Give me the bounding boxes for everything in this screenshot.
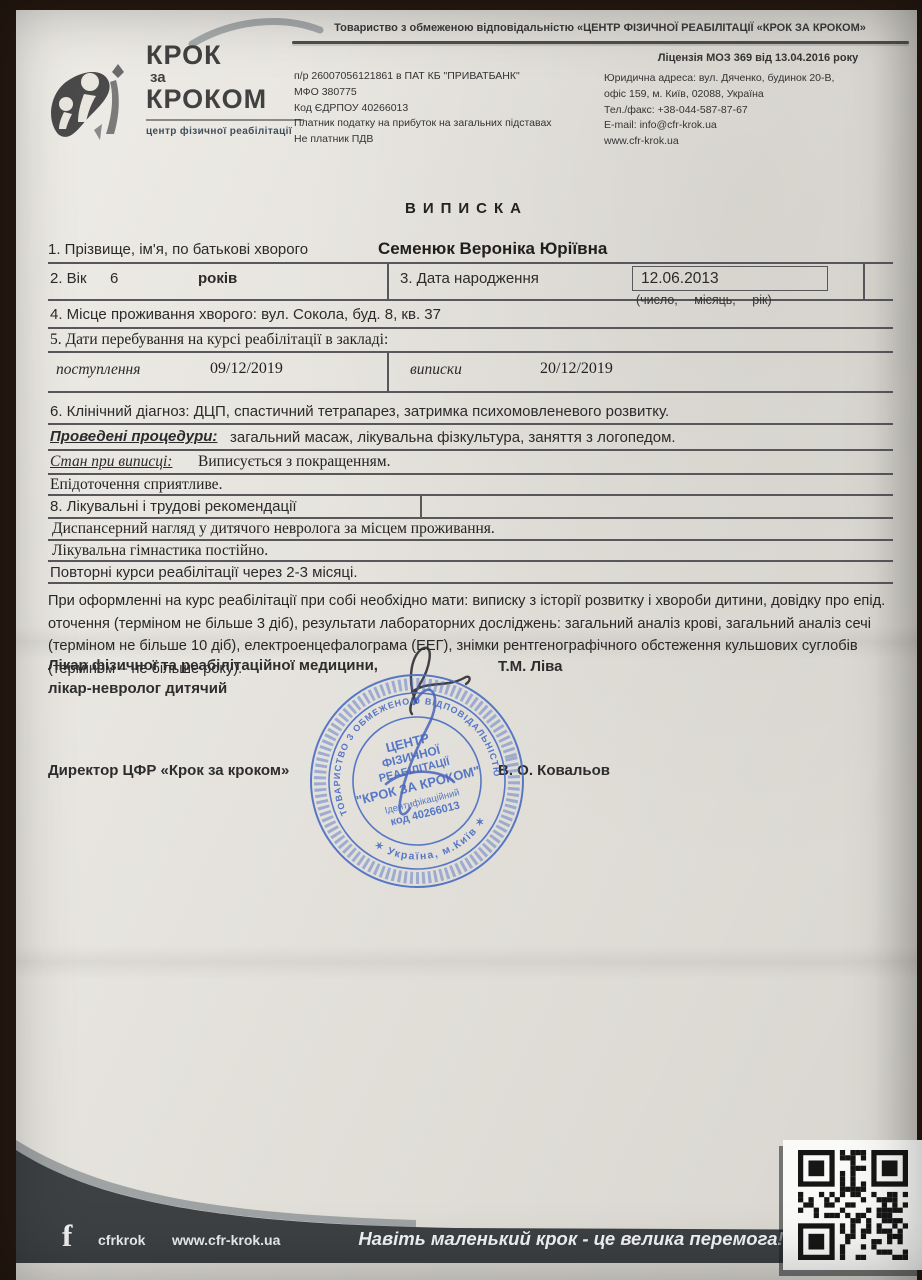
form: 1. Прізвище, ім'я, по батькові хворого С… [48,238,893,680]
state-text: Виписується з покращенням. [198,453,390,471]
facebook-handle: cfrkrok [98,1232,145,1248]
logo-word-krok: КРОК [146,42,304,69]
logo-subtitle: центр фізичної реабілітації [146,126,304,137]
round-stamp: ТОВАРИСТВО З ОБМЕЖЕНОЮ ВІДПОВІДАЛЬНІСТЮ … [302,666,532,896]
qr-code [783,1140,922,1270]
license-line: Ліцензія МОЗ 369 від 13.04.2016 року [608,52,908,64]
facebook-icon: f [62,1218,72,1254]
bank-details: п/р 26007056121861 в ПАТ КБ "ПРИВАТБАНК"… [294,69,552,148]
document-paper: Товариство з обмеженою відповідальністю … [16,10,917,1280]
discharge-date: 20/12/2019 [540,360,613,378]
footer-website: www.cfr-krok.ua [172,1232,280,1248]
field-address-row: 4. Місце проживання хворого: вул. Сокола… [48,301,893,329]
bank-mfo: МФО 380775 [294,85,552,101]
admission-label: поступлення [56,361,140,379]
field-epid-row: Епідоточення сприятливе. [48,475,893,496]
age-unit: років [198,270,237,287]
recommendation-1: Диспансерний нагляд у дитячого невролога… [52,520,495,538]
bank-account: п/р 26007056121861 в ПАТ КБ "ПРИВАТБАНК" [294,69,552,85]
footer-slogan: Навіть маленький крок - це велика перемо… [356,1228,786,1250]
field-dates-header-row: 5. Дати перебування на курсі реабілітаці… [48,329,893,353]
recommendation-3: Повторні курси реабілітації через 2-3 мі… [50,564,358,581]
website-line: www.cfr-krok.ua [604,134,834,150]
patient-name-value: Семенюк Вероніка Юріївна [378,239,607,259]
age-value: 6 [110,270,118,287]
field-state-row: Стан при виписці: Виписується з покращен… [48,451,893,475]
field-recommendations-header-row: 8. Лікувальні і трудові рекомендації [48,496,893,519]
logo-divider [146,119,304,121]
phone-line: Тел./факс: +38-044-587-87-67 [604,103,834,119]
discharge-label: виписки [410,361,462,379]
qr-code-image [798,1150,908,1260]
field-diagnosis-row: 6. Клінічний діагноз: ДЦП, спастичний те… [48,393,893,425]
header-divider [292,41,909,44]
logo-figures-icon [44,46,144,156]
field-procedures-row: Проведені процедури: загальний масаж, лі… [48,425,893,451]
contact-details: Юридична адреса: вул. Дяченко, будинок 2… [604,71,834,150]
legal-address-2: офіс 159, м. Київ, 02088, Україна [604,87,834,103]
paper-crease [16,945,917,979]
bank-edrpou: Код ЄДРПОУ 40266013 [294,101,552,117]
logo-word-za: за [150,70,304,85]
age-label: 2. Вік [50,270,87,287]
cell-divider [387,353,389,391]
state-label: Стан при виписці: [50,453,172,471]
logo-text: КРОК за КРОКОМ центр фізичної реабілітац… [146,42,304,137]
procedures-label: Проведені процедури: [50,428,217,445]
epid-line: Епідоточення сприятливе. [50,476,222,494]
cell-divider [420,496,422,517]
patient-name-label: 1. Прізвище, ім'я, по батькові хворого [48,241,308,258]
field-patient-name-row: 1. Прізвище, ім'я, по батькові хворого С… [48,238,893,264]
recommendations-label: 8. Лікувальні і трудові рекомендації [50,498,297,515]
dates-label: 5. Дати перебування на курсі реабілітаці… [50,331,388,349]
tax-status-1: Платник податку на прибуток на загальних… [294,116,552,132]
recommendation-row-1: Диспансерний нагляд у дитячого невролога… [48,519,893,541]
company-name-line: Товариство з обмеженою відповідальністю … [284,22,916,34]
birthdate-box: 12.06.2013 [632,266,828,291]
footer-band [16,1128,917,1280]
admission-date: 09/12/2019 [210,360,283,378]
birthdate-value: 12.06.2013 [641,270,719,288]
cell-divider [387,264,389,299]
address-line: 4. Місце проживання хворого: вул. Сокола… [50,306,441,323]
recommendation-2: Лікувальна гімнастика постійно. [52,542,268,560]
diagnosis-line: 6. Клінічний діагноз: ДЦП, спастичний те… [50,403,669,420]
director-title: Директор ЦФР «Крок за кроком» [48,762,289,779]
procedures-text: загальний масаж, лікувальна фізкультура,… [230,429,676,446]
recommendation-row-2: Лікувальна гімнастика постійно. [48,541,893,562]
recommendation-row-3: Повторні курси реабілітації через 2-3 мі… [48,562,893,584]
legal-address-1: Юридична адреса: вул. Дяченко, будинок 2… [604,71,834,87]
cell-divider [863,264,865,299]
scanned-document-photo: Товариство з обмеженою відповідальністю … [0,0,922,1280]
tax-status-2: Не платник ПДВ [294,132,552,148]
document-title: ВИПИСКА [16,200,917,217]
field-age-birthdate-row: 2. Вік 6 років 3. Дата народження 12.06.… [48,264,893,301]
logo-word-krokom: КРОКОМ [146,86,304,113]
birthdate-label: 3. Дата народження [400,270,539,287]
email-line: E-mail: info@cfr-krok.ua [604,118,834,134]
field-dates-values-row: поступлення 09/12/2019 виписки 20/12/201… [48,353,893,393]
